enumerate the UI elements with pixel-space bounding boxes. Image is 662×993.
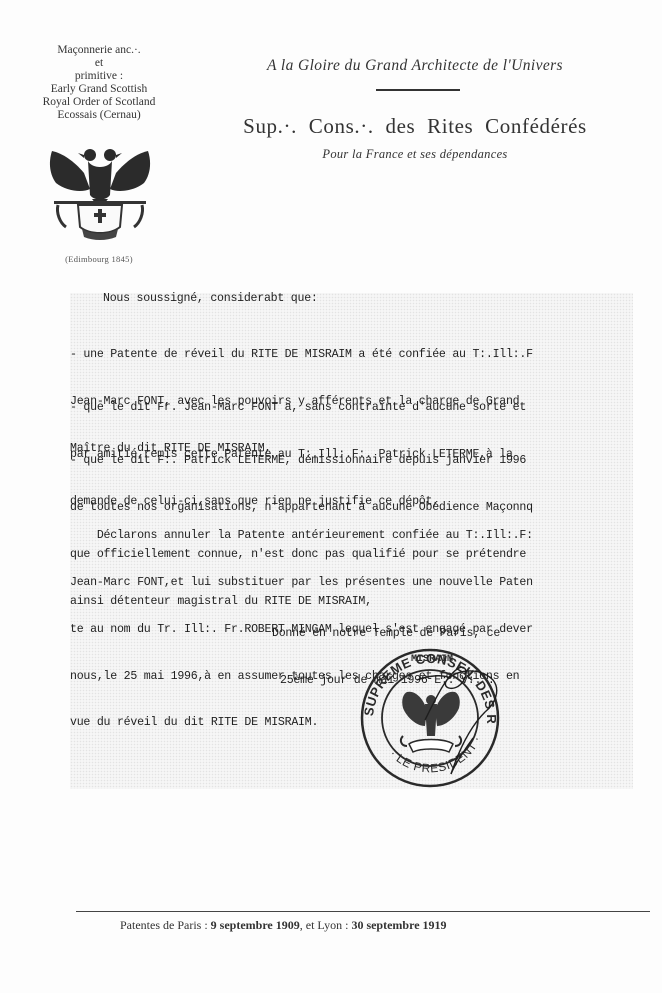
- order-line: Royal Order of Scotland: [14, 96, 184, 109]
- paragraph-line: - que le dit Fr. Jean-Marc FONT a, sans …: [70, 400, 640, 416]
- double-headed-eagle-icon: [44, 143, 156, 241]
- footer-patents: Patentes de Paris : 9 septembre 1909, et…: [120, 918, 447, 933]
- lyon-patent-date: 30 septembre 1919: [351, 918, 446, 932]
- paragraph-line: - une Patente de réveil du RITE DE MISRA…: [70, 347, 640, 363]
- declaration-line: Jean-Marc FONT,et lui substituer par les…: [70, 575, 640, 591]
- footer-divider: [76, 911, 650, 912]
- footer-middle: , et Lyon :: [300, 918, 352, 932]
- paragraph-line: - que le dit F:. Patrick LETERME, démiss…: [70, 453, 640, 469]
- order-line: et: [14, 57, 184, 70]
- intro-line: Nous soussigné, considerabt que:: [103, 291, 662, 307]
- declaration-line: Déclarons annuler la Patente antérieurem…: [70, 528, 640, 544]
- paris-patent-date: 9 septembre 1909: [211, 918, 300, 932]
- emblem-caption: (Edimbourg 1845): [14, 254, 184, 264]
- order-line: Ecossais (Cernau): [14, 109, 184, 122]
- overprint-text: MISRAIM: [411, 654, 453, 665]
- council-seal-icon: SUPREME CONSEIL DES RITES CONFEDERES · L…: [355, 640, 505, 790]
- order-line: Early Grand Scottish: [14, 83, 184, 96]
- council-subtitle: Pour la France et ses dépendances: [200, 147, 630, 162]
- order-line: Maçonnerie anc.·.: [14, 44, 184, 57]
- order-line: primitive :: [14, 70, 184, 83]
- order-names-block: Maçonnerie anc.·. et primitive : Early G…: [14, 44, 184, 122]
- motto: A la Gloire du Grand Architecte de l'Uni…: [200, 57, 630, 75]
- motto-divider: [376, 89, 460, 91]
- footer-prefix: Patentes de Paris :: [120, 918, 211, 932]
- council-title: Sup.·. Cons.·. des Rites Confédérés: [200, 114, 630, 139]
